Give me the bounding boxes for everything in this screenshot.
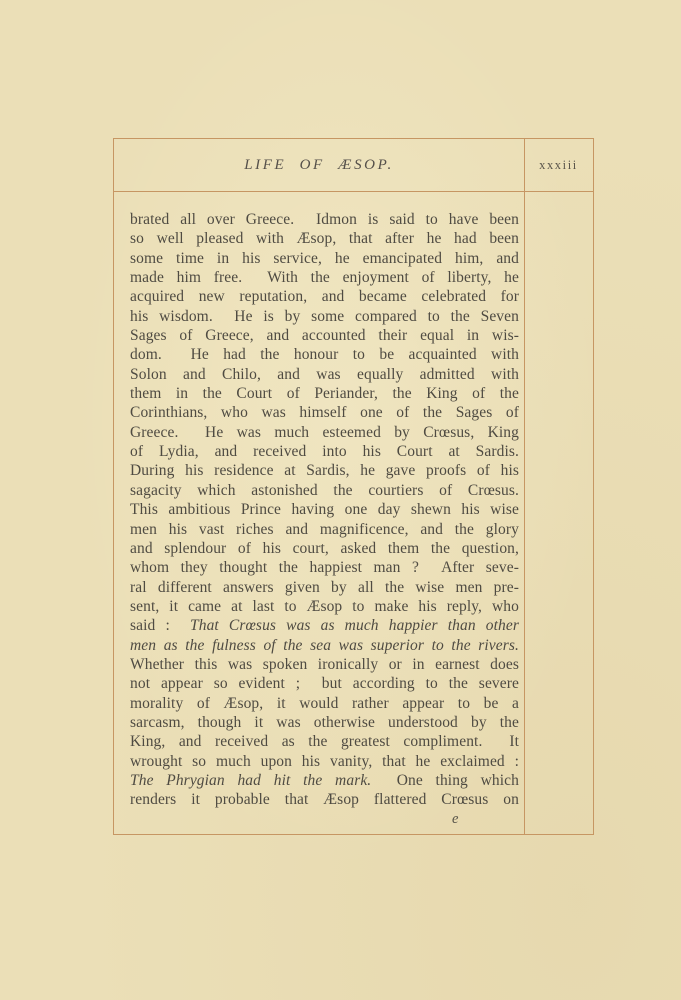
text-line: men as the fulness of the sea was superi…: [130, 636, 519, 655]
text-line: King, and received as the greatest compl…: [130, 732, 519, 751]
text-line: Corinthians, who was himself one of the …: [130, 403, 519, 422]
text-line: his wisdom. He is by some compared to th…: [130, 307, 519, 326]
text-line: of Lydia, and received into his Court at…: [130, 442, 519, 461]
text-line: said : That Crœsus was as much happier t…: [130, 616, 519, 635]
page-title: LIFE OF ÆSOP.: [244, 157, 394, 174]
running-header-band: LIFE OF ÆSOP. xxxiii: [114, 139, 593, 192]
text-line: whom they thought the happiest man ? Aft…: [130, 558, 519, 577]
text-line: not appear so evident ; but according to…: [130, 674, 519, 693]
text-line: and splendour of his court, asked them t…: [130, 539, 519, 558]
body-lines: brated all over Greece. Idmon is said to…: [130, 210, 519, 829]
text-line: brated all over Greece. Idmon is said to…: [130, 210, 519, 229]
page-border-frame: LIFE OF ÆSOP. xxxiii brated all over Gre…: [113, 138, 594, 835]
text-line: sagacity which astonished the courtiers …: [130, 481, 519, 500]
margin-column-divider: [524, 139, 525, 834]
scanned-book-page: { "document": { "running_header": "LIFE …: [0, 0, 681, 1000]
text-line: so well pleased with Æsop, that after he…: [130, 229, 519, 248]
text-line: Solon and Chilo, and was equally admitte…: [130, 365, 519, 384]
text-line: some time in his service, he emancipated…: [130, 249, 519, 268]
text-line: morality of Æsop, it would rather appear…: [130, 694, 519, 713]
text-line: sent, it came at last to Æsop to make hi…: [130, 597, 519, 616]
text-line: renders it probable that Æsop flattered …: [130, 790, 519, 809]
text-line: Whether this was spoken ironically or in…: [130, 655, 519, 674]
text-line: Sages of Greece, and accounted their equ…: [130, 326, 519, 345]
text-line: dom. He had the honour to be acquainted …: [130, 345, 519, 364]
running-header-area: LIFE OF ÆSOP.: [114, 139, 524, 191]
page-number: xxxiii: [539, 158, 578, 173]
text-line: This ambitious Prince having one day she…: [130, 500, 519, 519]
text-line: Greece. He was much esteemed by Crœsus, …: [130, 423, 519, 442]
text-line: acquired new reputation, and became cele…: [130, 287, 519, 306]
text-line: made him free. With the enjoyment of lib…: [130, 268, 519, 287]
text-line: men his vast riches and magnificence, an…: [130, 520, 519, 539]
catchword: e: [130, 810, 519, 829]
folio-area: xxxiii: [524, 139, 593, 191]
text-line: ral different answers given by all the w…: [130, 578, 519, 597]
text-line: them in the Court of Periander, the King…: [130, 384, 519, 403]
text-line: sarcasm, though it was otherwise underst…: [130, 713, 519, 732]
text-line: During his residence at Sardis, he gave …: [130, 461, 519, 480]
text-line: wrought so much upon his vanity, that he…: [130, 752, 519, 771]
text-line: The Phrygian had hit the mark. One thing…: [130, 771, 519, 790]
